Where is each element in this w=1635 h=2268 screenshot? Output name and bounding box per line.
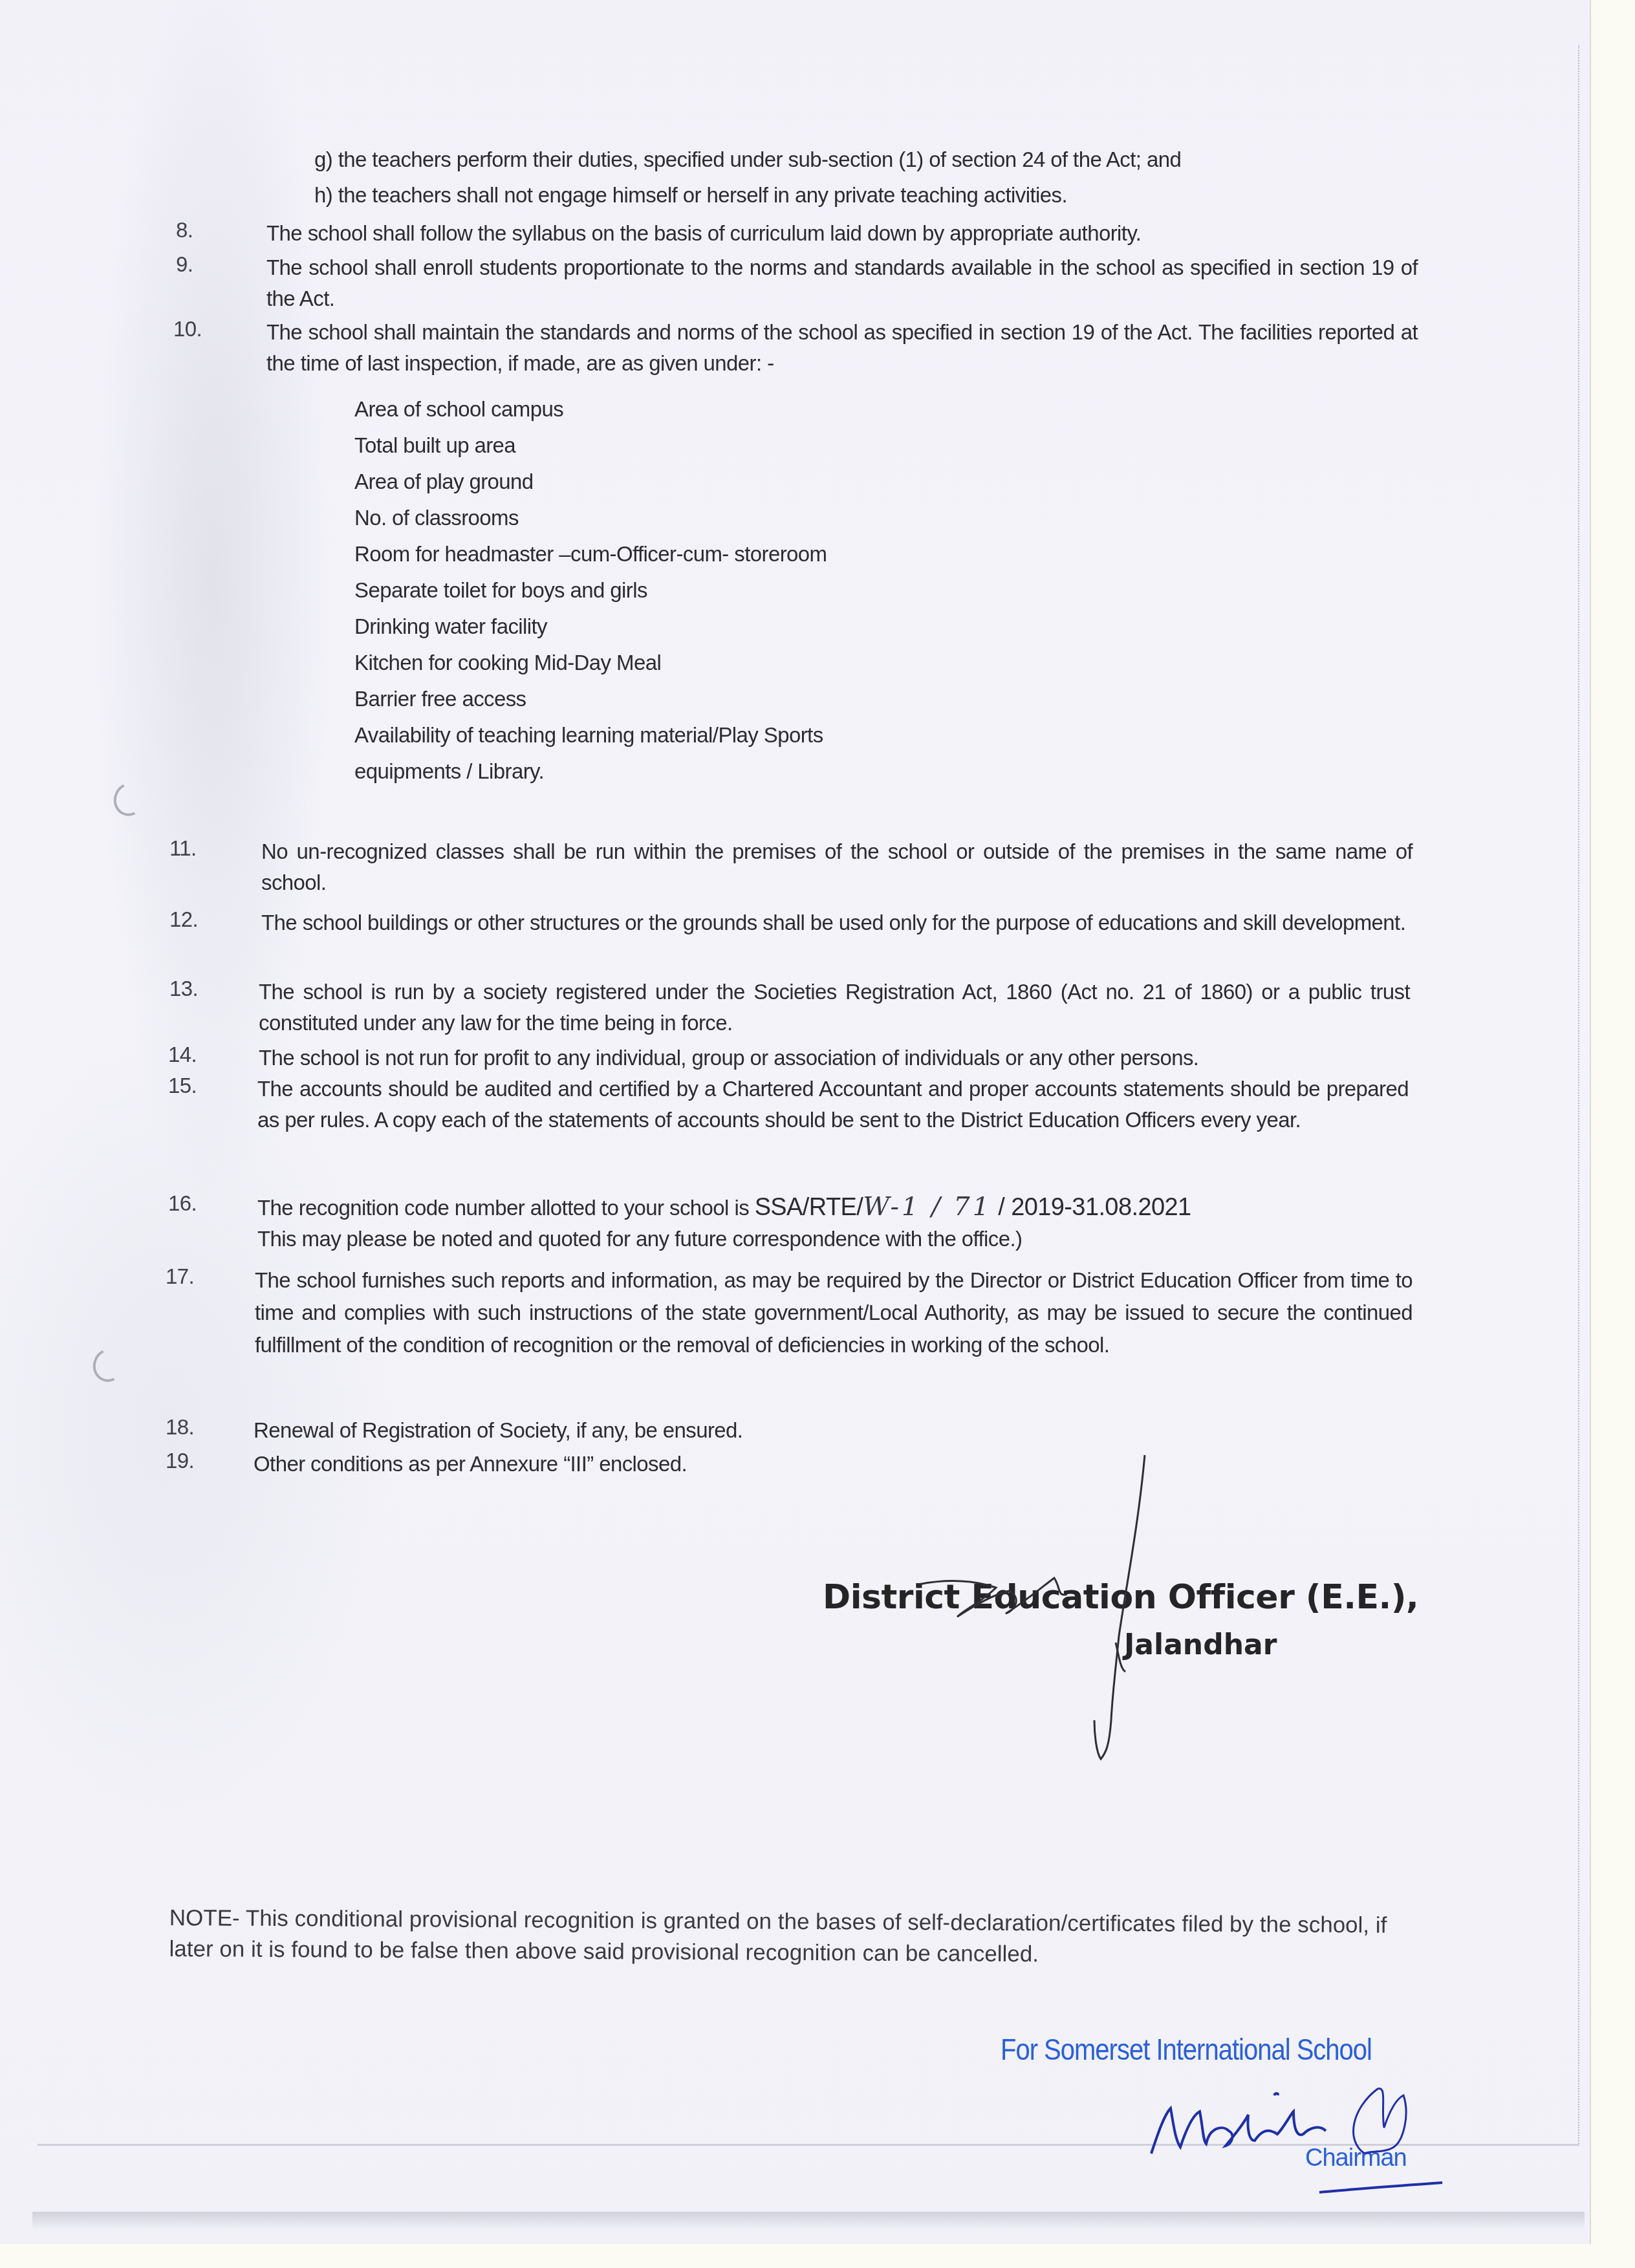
officer-signature <box>893 1449 1151 1772</box>
facility-item: Barrier free access <box>354 681 827 717</box>
condition-text: The recognition code number allotted to … <box>257 1191 1422 1255</box>
condition-text-trailer: This may please be noted and quoted for … <box>257 1227 1022 1251</box>
facility-item: Total built up area <box>354 427 827 464</box>
facility-item: Kitchen for cooking Mid-Day Meal <box>354 645 827 681</box>
facility-item: Area of play ground <box>354 464 827 500</box>
condition-number: 17. <box>166 1264 194 1289</box>
condition-number: 18. <box>166 1415 194 1440</box>
condition-number: 12. <box>169 907 198 932</box>
condition-number: 19. <box>166 1449 194 1473</box>
condition-text: Renewal of Registration of Society, if a… <box>254 1415 1418 1446</box>
facility-item: Area of school campus <box>354 391 827 427</box>
sub-clause-g: g) the teachers perform their duties, sp… <box>314 147 1181 172</box>
scan-shadow-band <box>32 2212 1585 2230</box>
facility-item: Availability of teaching learning materi… <box>354 717 827 753</box>
condition-text: No un-recognized classes shall be run wi… <box>261 836 1413 898</box>
recognition-code-handwritten: W-1 / 71 <box>863 1192 991 1222</box>
facilities-list: Area of school campus Total built up are… <box>354 391 827 790</box>
condition-text: The school buildings or other structures… <box>261 907 1413 938</box>
condition-text: The school shall follow the syllabus on … <box>266 218 1418 249</box>
condition-number: 14. <box>168 1042 197 1067</box>
scanned-page: g) the teachers perform their duties, sp… <box>0 0 1590 2244</box>
sub-clause-h: h) the teachers shall not engage himself… <box>314 183 1067 208</box>
condition-text: Other conditions as per Annexure “III” e… <box>254 1449 1418 1480</box>
recognition-code-prefix: SSA/RTE/ <box>755 1194 863 1221</box>
condition-text: The school is run by a society registere… <box>259 977 1410 1039</box>
facility-item: Separate toilet for boys and girls <box>354 572 827 609</box>
school-stamp-org: For Somerset International School <box>1001 2034 1372 2068</box>
facility-item: Room for headmaster –cum-Officer-cum- st… <box>354 536 827 572</box>
condition-number: 8. <box>176 218 193 243</box>
facility-item: No. of classrooms <box>354 500 827 536</box>
condition-text: The accounts should be audited and certi… <box>257 1074 1409 1136</box>
condition-text: The school shall maintain the standards … <box>266 317 1418 379</box>
facility-item: Drinking water facility <box>354 609 827 645</box>
chairman-signature <box>1138 2069 1475 2199</box>
condition-number: 10. <box>173 317 202 341</box>
condition-text: The school shall enroll students proport… <box>266 252 1418 314</box>
provisional-recognition-note: NOTE- This conditional provisional recog… <box>169 1903 1411 1972</box>
condition-number: 16. <box>168 1191 197 1216</box>
condition-text: The school furnishes such reports and in… <box>255 1264 1413 1361</box>
condition-number: 15. <box>168 1074 197 1098</box>
condition-text-lead: The recognition code number allotted to … <box>257 1196 755 1220</box>
facility-item: equipments / Library. <box>354 753 827 790</box>
recognition-code-suffix: / 2019-31.08.2021 <box>991 1194 1191 1221</box>
condition-number: 11. <box>169 836 197 861</box>
condition-number: 9. <box>176 252 193 277</box>
condition-number: 13. <box>169 977 198 1001</box>
condition-text: The school is not run for profit to any … <box>259 1042 1436 1074</box>
